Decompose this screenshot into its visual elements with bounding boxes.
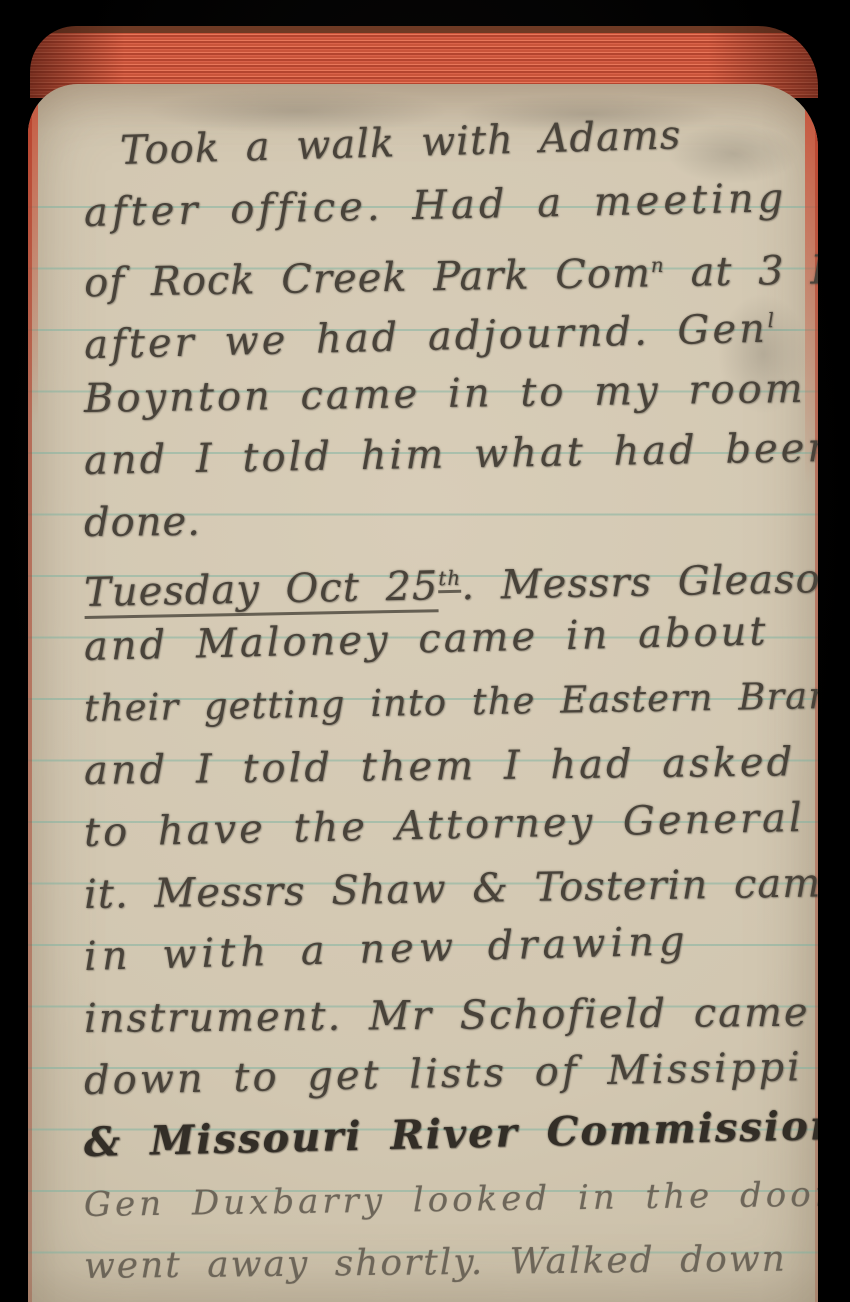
handwriting-line: their getting into the Eastern Branch — [83, 664, 818, 740]
handwriting-line: Gen Duxbarry looked in the door but — [84, 1162, 818, 1236]
handwriting-line: done. — [84, 491, 201, 554]
photo-backdrop: Took a walk with Adams after office. Had… — [0, 0, 850, 1302]
handwriting-line: after office. Had a meeting — [83, 167, 787, 244]
superscript-segment: n — [651, 253, 665, 277]
superscript-segment: th — [438, 566, 461, 593]
handwriting-line: went away shortly. Walked down — [84, 1229, 788, 1298]
handwriting-segment: at 3 Pm — [664, 246, 818, 296]
notebook-page: Took a walk with Adams after office. Had… — [28, 84, 818, 1302]
handwriting-line: and I told him what had been — [83, 417, 818, 492]
superscript-segment: l — [767, 308, 777, 332]
handwriting: Took a walk with Adams after office. Had… — [28, 84, 818, 1302]
handwriting-line: it. Messrs Shaw & Tosterin came — [84, 852, 818, 926]
